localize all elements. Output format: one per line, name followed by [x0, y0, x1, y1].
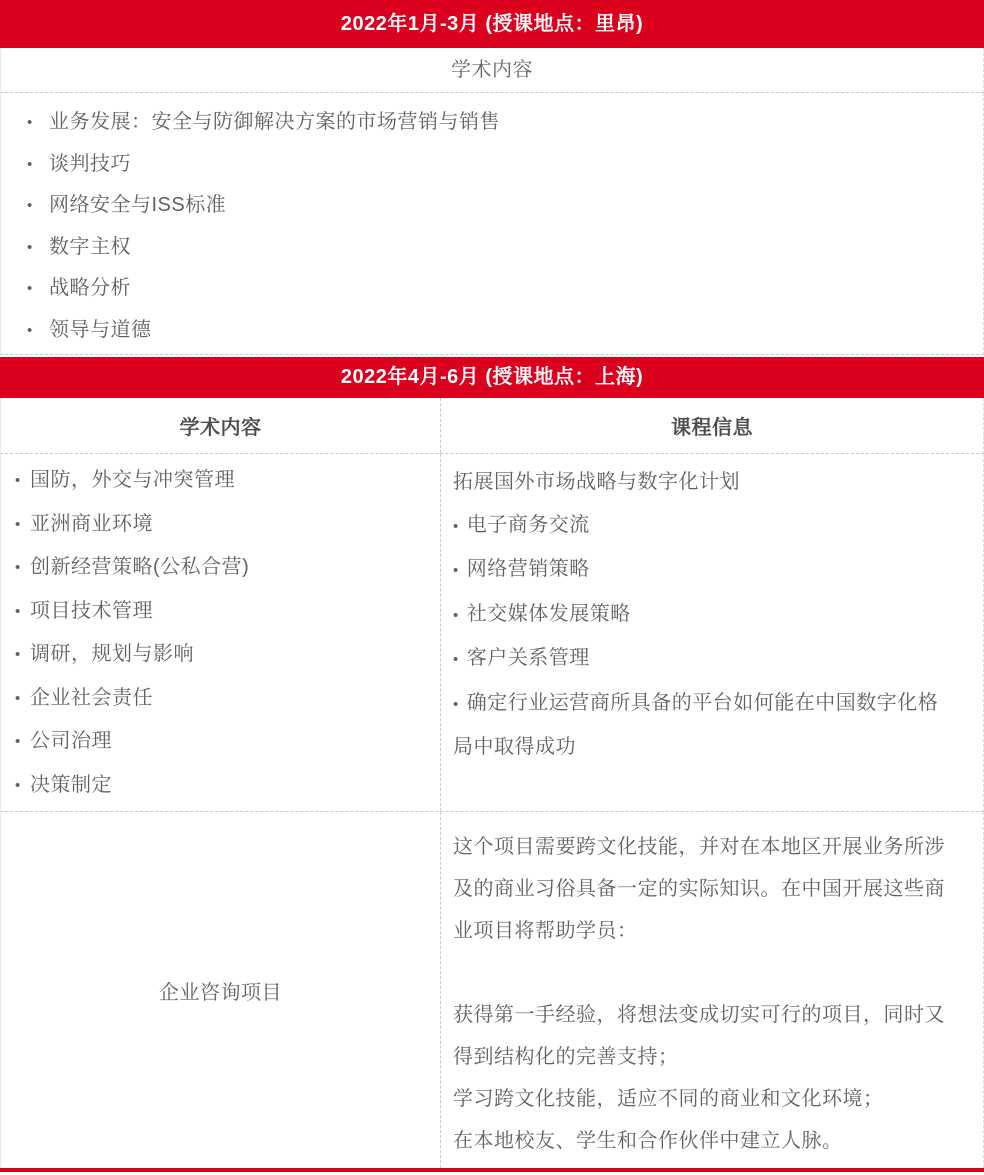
course-item-text: 数字主权	[49, 227, 131, 269]
column-header-course-info-label: 课程信息	[671, 411, 753, 440]
term2-header-bar: 2022年4月-6月 (授课地点：上海)	[0, 357, 984, 398]
course-info-intro: 拓展国外市场战略与数字化计划	[453, 461, 955, 504]
course-list-item: •战略分析	[27, 268, 973, 310]
consulting-project-description-cell: 这个项目需要跨文化技能，并对在本地区开展业务所涉及的商业习俗具备一定的实际知识。…	[441, 812, 983, 1168]
term1-header-bar: 2022年1月-3月 (授课地点：里昂)	[0, 0, 984, 48]
bullet-icon: •	[453, 562, 459, 579]
course-info-item-text: 电子商务交流	[467, 514, 590, 536]
course-info-item-text: 社交媒体发展策略	[467, 603, 631, 625]
course-list-item: •调研，规划与影响	[15, 633, 434, 677]
course-list-item: •决策制定	[15, 764, 434, 808]
course-info-item-text: 网络营销策略	[467, 558, 590, 580]
course-list-item: •公司治理	[15, 720, 434, 764]
course-info-item: •社交媒体发展策略	[453, 593, 955, 638]
consulting-paragraph: 学习跨文化技能，适应不同的商业和文化环境；	[453, 1078, 955, 1120]
course-item-text: 决策制定	[30, 764, 112, 808]
bullet-icon: •	[453, 696, 459, 713]
course-item-text: 战略分析	[49, 268, 131, 310]
consulting-project-label: 企业咨询项目	[159, 976, 282, 1005]
bullet-icon: •	[27, 102, 49, 144]
bullet-icon: •	[15, 546, 30, 590]
term2-course-list: •国防，外交与冲突管理 •亚洲商业环境 •创新经营策略(公私合营) •项目技术管…	[1, 454, 440, 807]
course-list-item: •亚洲商业环境	[15, 503, 434, 547]
course-info-item: •客户关系管理	[453, 637, 955, 682]
bullet-icon: •	[15, 720, 30, 764]
course-info-item: •网络营销策略	[453, 548, 955, 593]
course-item-text: 调研，规划与影响	[30, 633, 194, 677]
paragraph-spacer	[453, 952, 955, 994]
course-list-item: •项目技术管理	[15, 590, 434, 634]
course-item-text: 网络安全与ISS标准	[49, 185, 226, 227]
bullet-icon: •	[27, 268, 49, 310]
course-item-text: 领导与道德	[49, 310, 152, 352]
bullet-icon: •	[27, 227, 49, 269]
bullet-icon: •	[15, 590, 30, 634]
bullet-icon: •	[27, 185, 49, 227]
course-info-item-text: 确定行业运营商所具备的平台如何能在中国数字化格局中取得成功	[453, 692, 938, 759]
course-info-item: •确定行业运营商所具备的平台如何能在中国数字化格局中取得成功	[453, 682, 955, 769]
term2-content-row: •国防，外交与冲突管理 •亚洲商业环境 •创新经营策略(公私合营) •项目技术管…	[0, 454, 984, 812]
course-list-item: •谈判技巧	[27, 144, 973, 186]
course-list-item: •领导与道德	[27, 310, 973, 352]
bullet-icon: •	[15, 633, 30, 677]
course-info-item: •电子商务交流	[453, 504, 955, 549]
bullet-icon: •	[15, 677, 30, 721]
term2-academic-cell: •国防，外交与冲突管理 •亚洲商业环境 •创新经营策略(公私合营) •项目技术管…	[1, 454, 441, 811]
term1-course-list: •业务发展：安全与防御解决方案的市场营销与销售 •谈判技巧 •网络安全与ISS标…	[0, 93, 984, 355]
course-item-text: 创新经营策略(公私合营)	[30, 546, 249, 590]
bullet-icon: •	[453, 651, 459, 668]
course-item-text: 国防，外交与冲突管理	[30, 459, 235, 503]
column-header-course-info: 课程信息	[441, 398, 983, 453]
course-list-item: •数字主权	[27, 227, 973, 269]
course-list-item: •国防，外交与冲突管理	[15, 459, 434, 503]
consulting-paragraph: 获得第一手经验，将想法变成切实可行的项目，同时又得到结构化的完善支持；	[453, 994, 955, 1078]
column-header-academic: 学术内容	[1, 398, 441, 453]
term2-column-header-row: 学术内容 课程信息	[0, 398, 984, 454]
course-info-item-text: 客户关系管理	[467, 647, 590, 669]
bullet-icon: •	[453, 607, 459, 624]
column-header-academic-label: 学术内容	[180, 411, 262, 440]
consulting-paragraph: 在本地校友、学生和合作伙伴中建立人脉。	[453, 1120, 955, 1162]
term2-title: 2022年4月-6月 (授课地点：上海)	[341, 366, 643, 388]
consulting-project-row: 企业咨询项目 这个项目需要跨文化技能，并对在本地区开展业务所涉及的商业习俗具备一…	[0, 812, 984, 1168]
bullet-icon: •	[27, 144, 49, 186]
course-list-item: •网络安全与ISS标准	[27, 185, 973, 227]
bullet-icon: •	[15, 459, 30, 503]
bullet-icon: •	[15, 503, 30, 547]
consulting-project-label-cell: 企业咨询项目	[1, 812, 441, 1168]
bullet-icon: •	[15, 764, 30, 808]
term1-title: 2022年1月-3月 (授课地点：里昂)	[341, 13, 643, 35]
course-list-item: •企业社会责任	[15, 677, 434, 721]
course-item-text: 公司治理	[30, 720, 112, 764]
course-list-item: •创新经营策略(公私合营)	[15, 546, 434, 590]
course-item-text: 亚洲商业环境	[30, 503, 153, 547]
term1-subheader-row: 学术内容	[0, 48, 984, 93]
term1-subheader-label: 学术内容	[451, 59, 533, 81]
course-item-text: 企业社会责任	[30, 677, 153, 721]
course-item-text: 谈判技巧	[49, 144, 131, 186]
bullet-icon: •	[27, 310, 49, 352]
course-item-text: 项目技术管理	[30, 590, 153, 634]
course-item-text: 业务发展：安全与防御解决方案的市场营销与销售	[49, 102, 500, 144]
course-schedule-table: 2022年1月-3月 (授课地点：里昂) 学术内容 •业务发展：安全与防御解决方…	[0, 0, 984, 1175]
bullet-icon: •	[453, 518, 459, 535]
term2-course-info-cell: 拓展国外市场战略与数字化计划 •电子商务交流 •网络营销策略 •社交媒体发展策略…	[441, 454, 983, 811]
course-list-item: •业务发展：安全与防御解决方案的市场营销与销售	[27, 102, 973, 144]
consulting-paragraph: 这个项目需要跨文化技能，并对在本地区开展业务所涉及的商业习俗具备一定的实际知识。…	[453, 826, 955, 952]
